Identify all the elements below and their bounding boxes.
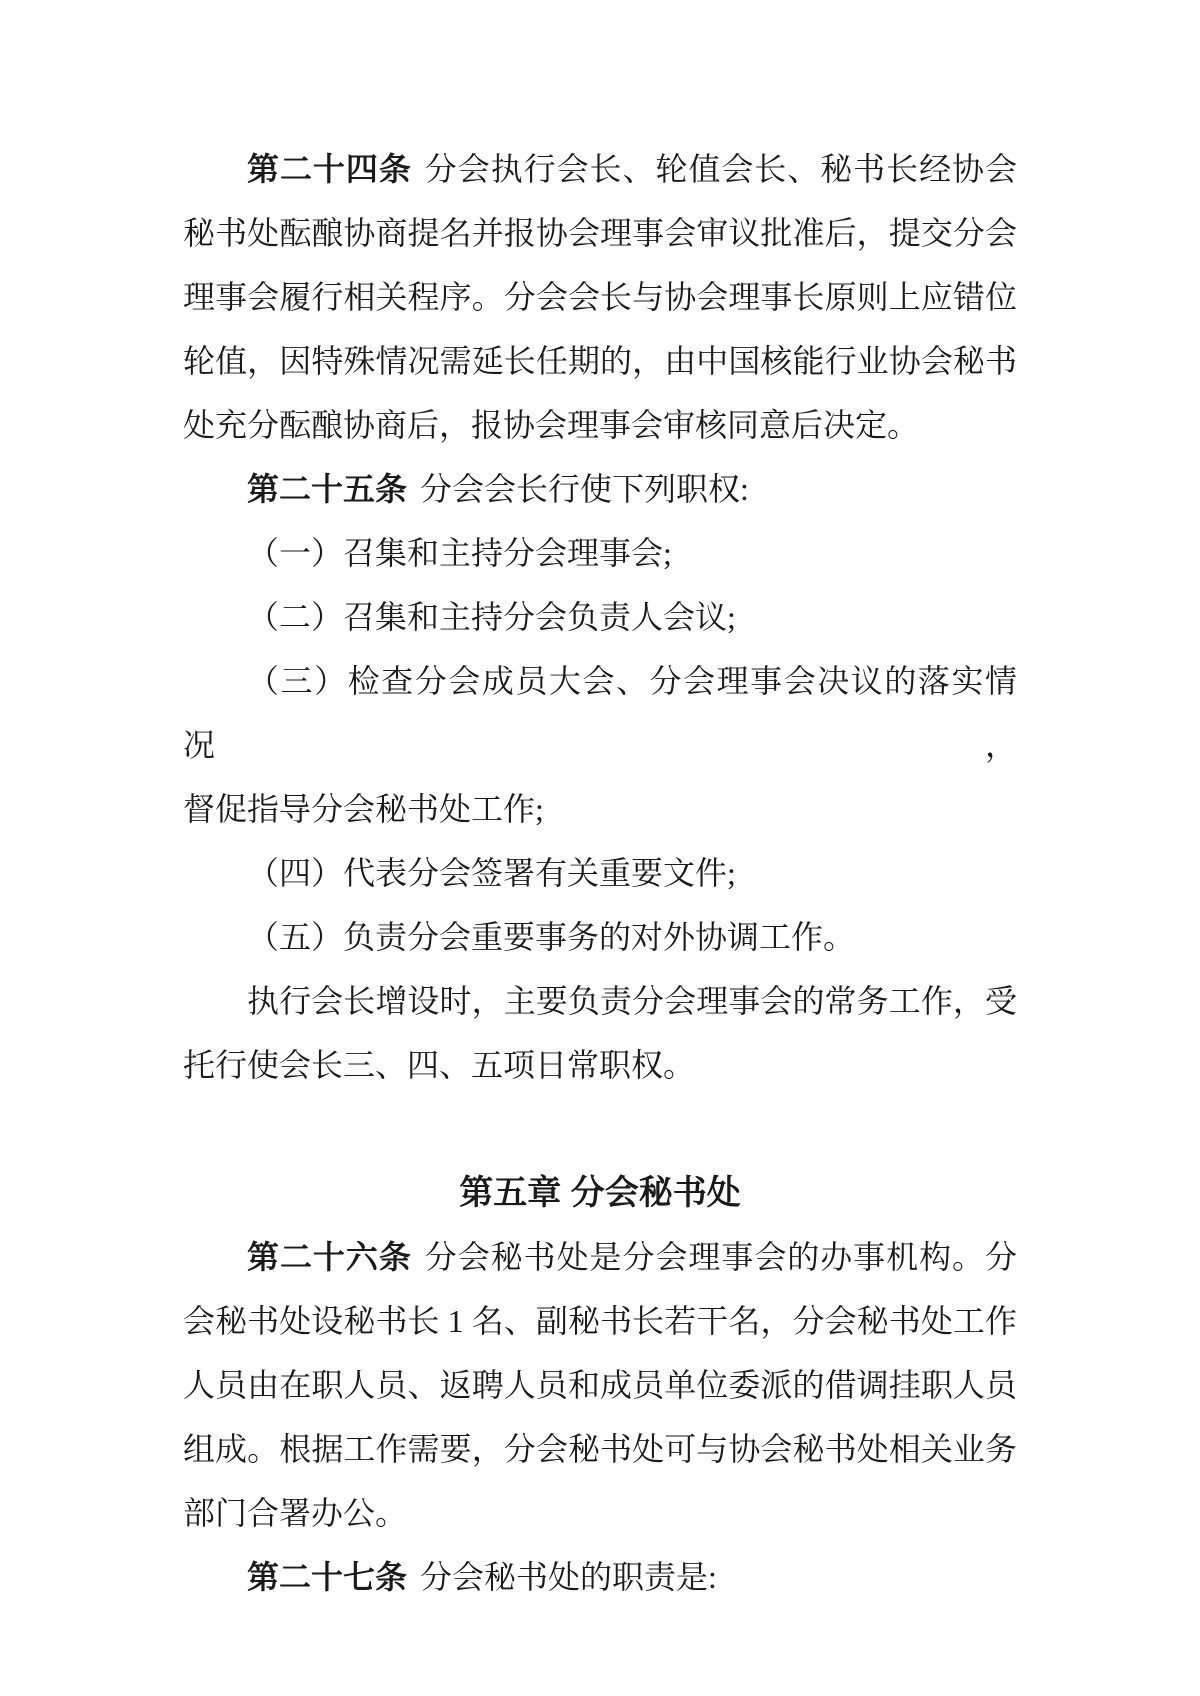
article-27-intro-text: 分会秘书处的职责是: [420,1559,717,1595]
article-25-item-3-line-2: 督促指导分会秘书处工作; [183,777,1017,841]
article-25-item-2: （二）召集和主持分会负责人会议; [183,585,1017,649]
article-27-intro-line: 第二十七条分会秘书处的职责是: [183,1545,1017,1609]
article-26-number: 第二十六条 [247,1239,412,1275]
article-24-line-5: 处充分酝酿协商后，报协会理事会审核同意后决定。 [183,393,1017,457]
article-26-line-2: 会秘书处设秘书长 1 名、副秘书长若干名，分会秘书处工作 [183,1289,1017,1353]
article-24-line-1: 第二十四条分会执行会长、轮值会长、秘书长经协会 [183,137,1017,201]
article-24-line-1-text: 分会执行会长、轮值会长、秘书长经协会 [425,151,1017,187]
article-25-item-3-line-1: （三）检查分会成员大会、分会理事会决议的落实情况， [183,649,1017,777]
article-24-line-2: 秘书处酝酿协商提名并报协会理事会审议批准后，提交分会 [183,201,1017,265]
article-26-line-3: 人员由在职人员、返聘人员和成员单位委派的借调挂职人员 [183,1353,1017,1417]
article-24-number: 第二十四条 [247,151,412,187]
article-25-number: 第二十五条 [247,471,407,507]
article-25-intro-text: 分会会长行使下列职权: [420,471,749,507]
article-24-line-4: 轮值，因特殊情况需延长任期的，由中国核能行业协会秘书 [183,329,1017,393]
article-26-line-1-text: 分会秘书处是分会理事会的办事机构。分 [425,1239,1017,1275]
article-25-item-4: （四）代表分会签署有关重要文件; [183,841,1017,905]
document-page: 第二十四条分会执行会长、轮值会长、秘书长经协会 秘书处酝酿协商提名并报协会理事会… [0,0,1200,1696]
article-27-number: 第二十七条 [247,1559,407,1595]
article-24-line-3: 理事会履行相关程序。分会会长与协会理事长原则上应错位 [183,265,1017,329]
article-25-item-1: （一）召集和主持分会理事会; [183,521,1017,585]
article-26-line-5: 部门合署办公。 [183,1481,1017,1545]
article-25-item-5: （五）负责分会重要事务的对外协调工作。 [183,905,1017,969]
article-25-para-2-line-2: 托行使会长三、四、五项日常职权。 [183,1033,1017,1097]
document-content: 第二十四条分会执行会长、轮值会长、秘书长经协会 秘书处酝酿协商提名并报协会理事会… [183,137,1017,1609]
article-25-intro-line: 第二十五条分会会长行使下列职权: [183,457,1017,521]
article-26-line-4: 组成。根据工作需要，分会秘书处可与协会秘书处相关业务 [183,1417,1017,1481]
article-25-para-2-line-1: 执行会长增设时，主要负责分会理事会的常务工作，受 [183,969,1017,1033]
article-26-line-1: 第二十六条分会秘书处是分会理事会的办事机构。分 [183,1225,1017,1289]
chapter-5-heading: 第五章 分会秘书处 [183,1161,1017,1225]
